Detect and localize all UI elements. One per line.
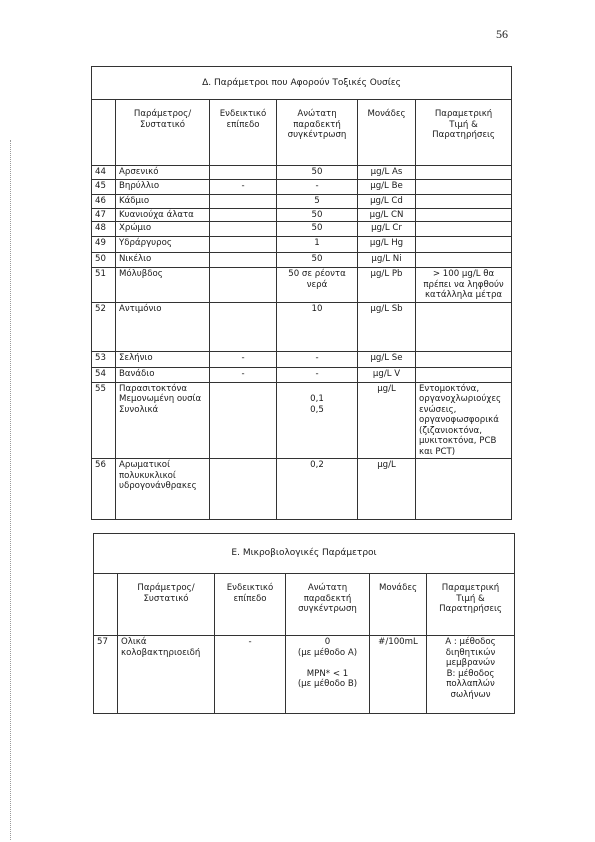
max-concentration: 50 <box>277 253 358 268</box>
section-title-row: Ε. Μικροβιολογικές Παράμετροι <box>94 534 515 574</box>
parametric-notes: > 100 μg/L θα πρέπει να ληφθούν κατάλληλ… <box>416 268 512 303</box>
max-concentration: - <box>277 367 358 382</box>
column-header-row: Παράμετρος/ ΣυστατικόΕνδεικτικό επίπεδοΑ… <box>94 574 515 636</box>
row-number: 57 <box>94 636 118 714</box>
section-title: Ε. Μικροβιολογικές Παράμετροι <box>94 534 515 574</box>
parameter-name: Κάδμιο <box>116 195 210 209</box>
table-row: 56Αρωματικοί πολυκυκλικοί υδρογονάνθρακε… <box>92 459 512 520</box>
indicative-level <box>210 222 277 237</box>
parametric-notes <box>416 222 512 237</box>
row-number: 50 <box>92 253 116 268</box>
microbiological-parameters-table: Ε. Μικροβιολογικές ΠαράμετροιΠαράμετρος/… <box>93 533 515 714</box>
parameter-name: Αρσενικό <box>116 166 210 180</box>
binding-margin-line <box>10 140 11 840</box>
parameter-name: Νικέλιο <box>116 253 210 268</box>
indicative-level <box>210 459 277 520</box>
units: μg/L As <box>358 166 416 180</box>
parameter-name: Βηρύλλιο <box>116 180 210 195</box>
max-concentration: 50 <box>277 166 358 180</box>
row-number: 56 <box>92 459 116 520</box>
col-indicative-header: Ενδεικτικό επίπεδο <box>210 100 277 166</box>
units: μg/L Cr <box>358 222 416 237</box>
table-row: 50Νικέλιο50μg/L Ni <box>92 253 512 268</box>
parametric-notes <box>416 180 512 195</box>
table-row: 48Χρώμιο50μg/L Cr <box>92 222 512 237</box>
indicative-level: - <box>215 636 286 714</box>
max-concentration: 50 σε ρέοντα νερά <box>277 268 358 303</box>
units: μg/L Cd <box>358 195 416 209</box>
parameter-name: Παρασιτοκτόνα Μεμονωμένη ουσία Συνολικά <box>116 382 210 459</box>
row-number: 47 <box>92 208 116 222</box>
section-title-row: Δ. Παράμετροι που Αφορούν Τοξικές Ουσίες <box>92 67 512 100</box>
indicative-level <box>210 166 277 180</box>
table-row: 49Υδράργυρος1μg/L Hg <box>92 237 512 253</box>
max-concentration: - <box>277 351 358 367</box>
table-row: 57Ολικά κολοβακτηριοειδή-0 (με μέθοδο Α)… <box>94 636 515 714</box>
max-concentration: 0 (με μέθοδο Α) MPN* < 1 (με μέθοδο Β) <box>286 636 370 714</box>
row-number: 45 <box>92 180 116 195</box>
row-number: 51 <box>92 268 116 303</box>
row-number: 49 <box>92 237 116 253</box>
max-concentration: 1 <box>277 237 358 253</box>
parametric-notes: Α : μέθοδος διηθητικών μεμβρανών Β: μέθο… <box>427 636 515 714</box>
col-notes-header: Παραμετρική Τιμή & Παρατηρήσεις <box>416 100 512 166</box>
row-number: 44 <box>92 166 116 180</box>
parametric-notes <box>416 237 512 253</box>
parametric-notes <box>416 459 512 520</box>
table-row: 52Αντιμόνιο10μg/L Sb <box>92 302 512 351</box>
table-row: 51Μόλυβδος50 σε ρέοντα νεράμg/L Pb> 100 … <box>92 268 512 303</box>
parametric-notes <box>416 351 512 367</box>
parameter-name: Ολικά κολοβακτηριοειδή <box>118 636 215 714</box>
table-row: 46Κάδμιο5μg/L Cd <box>92 195 512 209</box>
table-row: 47Κυανιούχα άλατα50μg/L CN <box>92 208 512 222</box>
parametric-notes <box>416 208 512 222</box>
parameter-name: Σελήνιο <box>116 351 210 367</box>
units: μg/L Be <box>358 180 416 195</box>
col-number-header <box>94 574 118 636</box>
parametric-notes: Εντομοκτόνα, οργανοχλωριούχες ενώσεις, ο… <box>416 382 512 459</box>
indicative-level: - <box>210 180 277 195</box>
parametric-notes <box>416 367 512 382</box>
col-parameter-header: Παράμετρος/ Συστατικό <box>116 100 210 166</box>
units: μg/L <box>358 459 416 520</box>
col-units-header: Μονάδες <box>370 574 427 636</box>
indicative-level <box>210 195 277 209</box>
col-indicative-header: Ενδεικτικό επίπεδο <box>215 574 286 636</box>
table-row: 55Παρασιτοκτόνα Μεμονωμένη ουσία Συνολικ… <box>92 382 512 459</box>
toxic-substances-table: Δ. Παράμετροι που Αφορούν Τοξικές Ουσίες… <box>91 66 512 520</box>
col-number-header <box>92 100 116 166</box>
indicative-level <box>210 302 277 351</box>
parametric-notes <box>416 166 512 180</box>
max-concentration: 10 <box>277 302 358 351</box>
parameter-name: Βανάδιο <box>116 367 210 382</box>
row-number: 53 <box>92 351 116 367</box>
indicative-level <box>210 382 277 459</box>
table-row: 54Βανάδιο--μg/L V <box>92 367 512 382</box>
max-concentration: 0,1 0,5 <box>277 382 358 459</box>
max-concentration: 0,2 <box>277 459 358 520</box>
col-parameter-header: Παράμετρος/ Συστατικό <box>118 574 215 636</box>
units: μg/L <box>358 382 416 459</box>
indicative-level <box>210 237 277 253</box>
indicative-level: - <box>210 367 277 382</box>
units: μg/L Ni <box>358 253 416 268</box>
col-notes-header: Παραμετρική Τιμή & Παρατηρήσεις <box>427 574 515 636</box>
col-max-header: Ανώτατη παραδεκτή συγκέντρωση <box>286 574 370 636</box>
units: μg/L Sb <box>358 302 416 351</box>
table-row: 45Βηρύλλιο--μg/L Be <box>92 180 512 195</box>
page-number: 56 <box>496 27 508 42</box>
col-max-header: Ανώτατη παραδεκτή συγκέντρωση <box>277 100 358 166</box>
max-concentration: - <box>277 180 358 195</box>
parametric-notes <box>416 302 512 351</box>
indicative-level <box>210 268 277 303</box>
column-header-row: Παράμετρος/ ΣυστατικόΕνδεικτικό επίπεδοΑ… <box>92 100 512 166</box>
units: μg/L Pb <box>358 268 416 303</box>
parameter-name: Αντιμόνιο <box>116 302 210 351</box>
units: μg/L CN <box>358 208 416 222</box>
parameter-name: Μόλυβδος <box>116 268 210 303</box>
units: #/100mL <box>370 636 427 714</box>
table-row: 53Σελήνιο--μg/L Se <box>92 351 512 367</box>
row-number: 54 <box>92 367 116 382</box>
indicative-level <box>210 253 277 268</box>
section-title: Δ. Παράμετροι που Αφορούν Τοξικές Ουσίες <box>92 67 512 100</box>
parametric-notes <box>416 195 512 209</box>
parameter-name: Χρώμιο <box>116 222 210 237</box>
row-number: 48 <box>92 222 116 237</box>
parameter-name: Υδράργυρος <box>116 237 210 253</box>
max-concentration: 50 <box>277 222 358 237</box>
row-number: 52 <box>92 302 116 351</box>
max-concentration: 5 <box>277 195 358 209</box>
col-units-header: Μονάδες <box>358 100 416 166</box>
indicative-level: - <box>210 351 277 367</box>
parameter-name: Κυανιούχα άλατα <box>116 208 210 222</box>
parameter-name: Αρωματικοί πολυκυκλικοί υδρογονάνθρακες <box>116 459 210 520</box>
max-concentration: 50 <box>277 208 358 222</box>
units: μg/L Se <box>358 351 416 367</box>
units: μg/L Hg <box>358 237 416 253</box>
units: μg/L V <box>358 367 416 382</box>
parametric-notes <box>416 253 512 268</box>
indicative-level <box>210 208 277 222</box>
row-number: 46 <box>92 195 116 209</box>
row-number: 55 <box>92 382 116 459</box>
table-row: 44Αρσενικό50μg/L As <box>92 166 512 180</box>
